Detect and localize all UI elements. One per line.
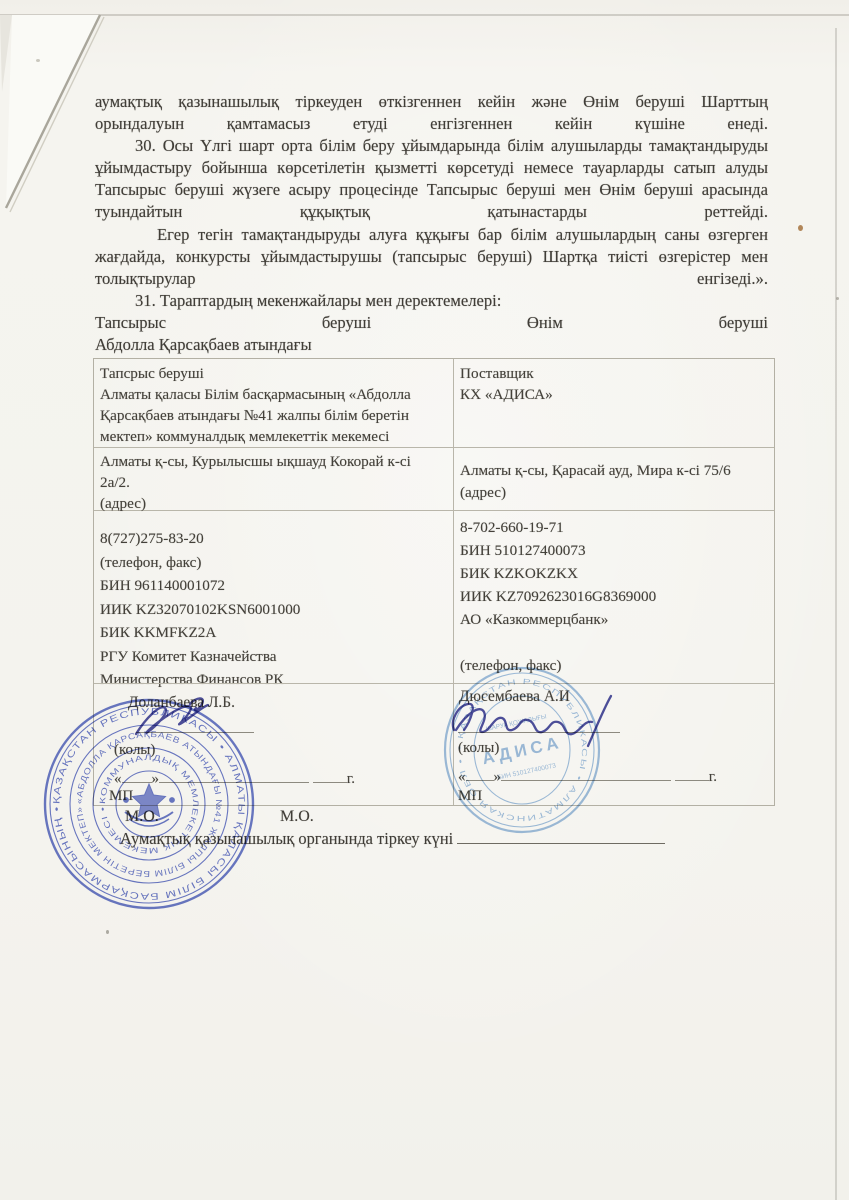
year-label: г.	[709, 769, 717, 785]
scan-speck	[106, 930, 109, 934]
contract-clause-31: 31. Тараптардың мекенжайлары мен деректе…	[95, 290, 768, 312]
supplier-signature-stroke	[448, 688, 633, 758]
contract-line: Егер тегін тамақтандыруды алуға құқығы б…	[95, 224, 768, 246]
scan-right-edge-line	[835, 28, 837, 1200]
contract-line: жағдайда, конкурсты ұйымдастырушы (тапсы…	[95, 246, 768, 268]
parties-heading: Тапсырыс беруші Өнім беруші	[95, 312, 768, 334]
contract-line: туындайтын құқықтық қатынастарды реттейд…	[95, 201, 768, 223]
contract-text-block: аумақтық қазынашылық тіркеуден өткізгенн…	[95, 91, 768, 356]
customer-signature-stroke	[128, 694, 278, 746]
contract-line: орындалуын қамтамасыз етуді енгізгеннен …	[95, 113, 768, 135]
supplier-address-cell: Алматы қ-сы, Қарасай ауд, Мира к-сі 75/6…	[453, 448, 774, 510]
contract-clause-30: 30. Осы Үлгі шарт орта білім беру ұйымда…	[95, 135, 768, 157]
supplier-stamp-line2: БИН 510127400073	[497, 762, 557, 781]
customer-requisites-cell: 8(727)275-83-20 (телефон, факс) БИН 9611…	[94, 511, 453, 683]
mo-label-right: М.О.	[280, 808, 314, 826]
contract-line: аумақтық қазынашылық тіркеуден өткізгенн…	[95, 91, 768, 113]
table-row-headers: Тапсрыс беруші Алматы қаласы Білім басқа…	[94, 359, 774, 447]
contract-line: ұйымдастыру бойынша көрсетілетін қызметт…	[95, 157, 768, 179]
scanned-contract-page: аумақтық қазынашылық тіркеуден өткізгенн…	[0, 0, 849, 1200]
stamp-emblem-icon	[124, 784, 175, 826]
customer-address-cell: Алматы қ-сы, Курылысшы ықшауд Кокорай к-…	[94, 448, 453, 510]
scan-speck	[798, 225, 803, 231]
customer-name-line: Абдолла Қарсақбаев атындағы	[95, 334, 768, 356]
customer-header-cell: Тапсрыс беруші Алматы қаласы Білім басқа…	[94, 359, 453, 447]
contract-line: толықтырулар енгізеді.».	[95, 268, 768, 290]
supplier-requisites-cell: 8-702-660-19-71 БИН 510127400073 БИК KZK…	[453, 511, 774, 683]
scan-speck	[36, 59, 40, 62]
table-row-requisites: 8(727)275-83-20 (телефон, факс) БИН 9611…	[94, 510, 774, 683]
supplier-header-cell: Поставщик КХ «АДИСА»	[453, 359, 774, 447]
scan-speck	[836, 297, 839, 300]
table-row-addresses: Алматы қ-сы, Курылысшы ықшауд Кокорай к-…	[94, 447, 774, 510]
contract-line: Тапсырыс беруші жүзеге асыру процесінде …	[95, 179, 768, 201]
year-label: г.	[347, 771, 355, 787]
